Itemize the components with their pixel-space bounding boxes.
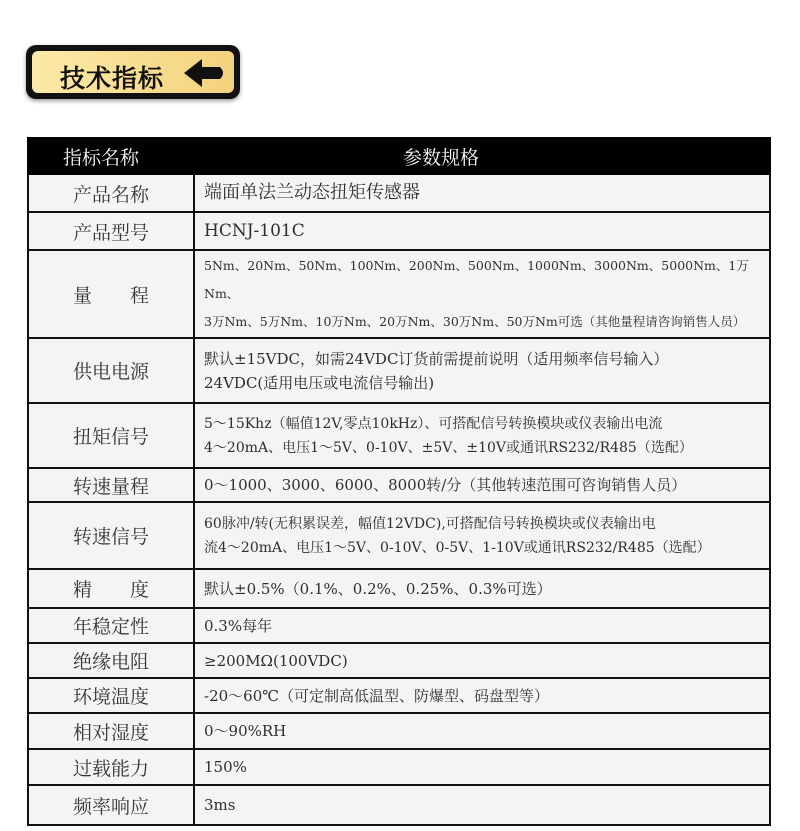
- value-line: 默认±15VDC，如需24VDC订货前需提前说明（适用频率信号输入）: [204, 347, 765, 371]
- row-value: 60脉冲/转(无积累误差，幅值12VDC),可搭配信号转换模块或仪表输出电 流4…: [194, 502, 770, 569]
- row-value: 5Nm、20Nm、50Nm、100Nm、200Nm、500Nm、1000Nm、3…: [194, 250, 770, 338]
- row-value: ≥200MΩ(100VDC): [194, 643, 770, 678]
- row-value: 0.3%每年: [194, 608, 770, 643]
- row-label: 量 程: [28, 250, 194, 338]
- table-row: 频率响应 3ms: [28, 785, 770, 825]
- value-line: 4～20mA、电压1～5V、0-10V、±5V、±10V或通讯RS232/R48…: [204, 436, 765, 460]
- section-banner: 技术指标: [26, 45, 240, 99]
- row-value: -20～60℃（可定制高低温型、防爆型、码盘型等）: [194, 678, 770, 713]
- table-row: 产品名称 端面单法兰动态扭矩传感器: [28, 174, 770, 212]
- banner-plate: 技术指标: [32, 51, 234, 93]
- value-line: 5～15Khz（幅值12V,零点10kHz）、可搭配信号转换模块或仪表输出电流: [204, 412, 765, 436]
- row-label: 产品型号: [28, 212, 194, 250]
- table-row: 供电电源 默认±15VDC，如需24VDC订货前需提前说明（适用频率信号输入） …: [28, 338, 770, 403]
- table-row: 相对湿度 0～90%RH: [28, 713, 770, 749]
- value-line: 3万Nm、5万Nm、10万Nm、20万Nm、30万Nm、50万Nm可选（其他量程…: [204, 308, 765, 336]
- table-row: 量 程 5Nm、20Nm、50Nm、100Nm、200Nm、500Nm、1000…: [28, 250, 770, 338]
- row-label: 供电电源: [28, 338, 194, 403]
- row-label: 转速信号: [28, 502, 194, 569]
- table-row: 转速量程 0～1000、3000、6000、8000转/分（其他转速范围可咨询销…: [28, 468, 770, 502]
- table-row: 过载能力 150%: [28, 749, 770, 785]
- row-label: 绝缘电阻: [28, 643, 194, 678]
- value-line: 5Nm、20Nm、50Nm、100Nm、200Nm、500Nm、1000Nm、3…: [204, 252, 765, 308]
- row-label: 相对湿度: [28, 713, 194, 749]
- header-parameter-spec: 参数规格: [194, 138, 770, 174]
- row-label: 过载能力: [28, 749, 194, 785]
- table-row: 产品型号 HCNJ-101C: [28, 212, 770, 250]
- row-value: 5～15Khz（幅值12V,零点10kHz）、可搭配信号转换模块或仪表输出电流 …: [194, 403, 770, 468]
- row-value: 默认±15VDC，如需24VDC订货前需提前说明（适用频率信号输入） 24VDC…: [194, 338, 770, 403]
- table-row: 扭矩信号 5～15Khz（幅值12V,零点10kHz）、可搭配信号转换模块或仪表…: [28, 403, 770, 468]
- table-row: 环境温度 -20～60℃（可定制高低温型、防爆型、码盘型等）: [28, 678, 770, 713]
- row-value: 默认±0.5%（0.1%、0.2%、0.25%、0.3%可选）: [194, 569, 770, 608]
- header-indicator-name: 指标名称: [28, 138, 194, 174]
- row-label: 转速量程: [28, 468, 194, 502]
- section-title: 技术指标: [60, 59, 164, 95]
- row-label: 产品名称: [28, 174, 194, 212]
- row-value: 150%: [194, 749, 770, 785]
- value-line: 60脉冲/转(无积累误差，幅值12VDC),可搭配信号转换模块或仪表输出电: [204, 512, 765, 536]
- row-value: 0～1000、3000、6000、8000转/分（其他转速范围可咨询销售人员）: [194, 468, 770, 502]
- row-label: 环境温度: [28, 678, 194, 713]
- value-line: 流4～20mA、电压1～5V、0-10V、0-5V、1-10V或通讯RS232/…: [204, 536, 765, 560]
- row-value: 3ms: [194, 785, 770, 825]
- row-label: 频率响应: [28, 785, 194, 825]
- row-label: 精 度: [28, 569, 194, 608]
- row-value: 端面单法兰动态扭矩传感器: [194, 174, 770, 212]
- table-row: 精 度 默认±0.5%（0.1%、0.2%、0.25%、0.3%可选）: [28, 569, 770, 608]
- arrow-left-icon: [182, 58, 226, 88]
- row-label: 年稳定性: [28, 608, 194, 643]
- row-value: 0～90%RH: [194, 713, 770, 749]
- spec-table: 指标名称 参数规格 产品名称 端面单法兰动态扭矩传感器 产品型号 HCNJ-10…: [27, 137, 771, 826]
- table-row: 年稳定性 0.3%每年: [28, 608, 770, 643]
- table-header-row: 指标名称 参数规格: [28, 138, 770, 174]
- table-row: 绝缘电阻 ≥200MΩ(100VDC): [28, 643, 770, 678]
- table-row: 转速信号 60脉冲/转(无积累误差，幅值12VDC),可搭配信号转换模块或仪表输…: [28, 502, 770, 569]
- row-label: 扭矩信号: [28, 403, 194, 468]
- value-line: 24VDC(适用电压或电流信号输出): [204, 371, 765, 395]
- row-value: HCNJ-101C: [194, 212, 770, 250]
